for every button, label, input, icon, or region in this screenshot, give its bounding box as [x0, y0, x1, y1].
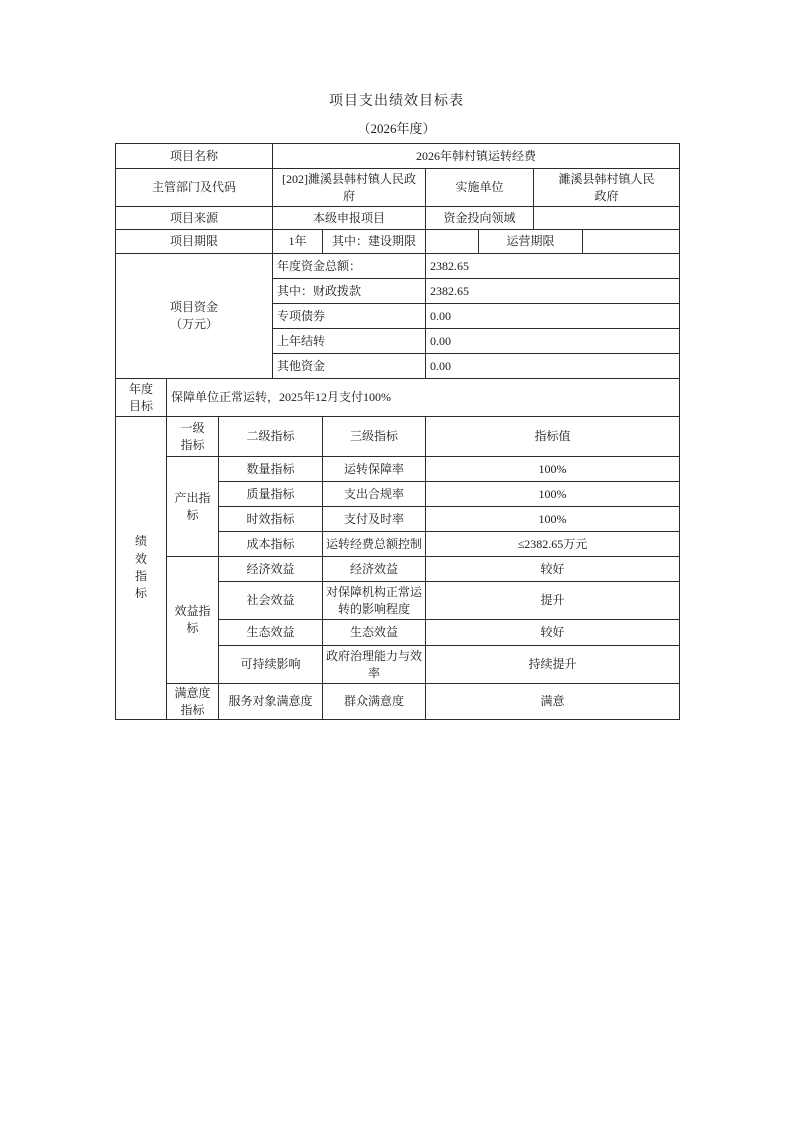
document-title: 项目支出绩效目标表: [0, 94, 793, 110]
cell-output-2-l2: 时效指标: [219, 507, 323, 532]
cell-benefit-1-l3: 对保障机构正常运转的影响程度: [323, 582, 426, 620]
cell-benefit-2-l2: 生态效益: [219, 620, 323, 646]
cell-header-value: 指标值: [426, 417, 680, 457]
cell-period-value: 1年: [273, 230, 323, 254]
cell-satisfaction-l3: 群众满意度: [323, 684, 426, 720]
cell-benefit-3-l3: 政府治理能力与效率: [323, 646, 426, 684]
cell-output-group-label: 产出指标: [167, 457, 219, 557]
cell-benefit-3-value: 持续提升: [426, 646, 680, 684]
cell-funds-fiscal-value: 2382.65: [426, 279, 680, 304]
cell-output-0-value: 100%: [426, 457, 680, 482]
cell-funds-total-value: 2382.65: [426, 254, 680, 279]
cell-funds-carryover-label: 上年结转: [273, 329, 426, 354]
cell-output-3-l2: 成本指标: [219, 532, 323, 557]
cell-build-period-value: [426, 230, 479, 254]
cell-benefit-2-value: 较好: [426, 620, 680, 646]
cell-output-0-l2: 数量指标: [219, 457, 323, 482]
cell-output-3-l3: 运转经费总额控制: [323, 532, 426, 557]
cell-satisfaction-group-label: 满意度指标: [167, 684, 219, 720]
cell-project-name-label: 项目名称: [116, 144, 273, 169]
cell-funds-bond-label: 专项债券: [273, 304, 426, 329]
cell-output-1-l3: 支出合规率: [323, 482, 426, 507]
cell-source-label: 项目来源: [116, 207, 273, 230]
cell-funds-fiscal-label: 其中：财政拨款: [273, 279, 426, 304]
cell-header-level2: 二级指标: [219, 417, 323, 457]
cell-benefit-3-l2: 可持续影响: [219, 646, 323, 684]
cell-funds-other-value: 0.00: [426, 354, 680, 379]
cell-output-1-l2: 质量指标: [219, 482, 323, 507]
cell-header-level3: 三级指标: [323, 417, 426, 457]
cell-annual-goal-label: 年度目标: [116, 379, 167, 417]
perf-label-text: 绩效指标: [135, 533, 148, 603]
cell-output-2-value: 100%: [426, 507, 680, 532]
cell-benefit-1-value: 提升: [426, 582, 680, 620]
cell-funds-carryover-value: 0.00: [426, 329, 680, 354]
dept-value-text: [202]濉溪县韩村镇人民政府: [280, 171, 419, 205]
cell-dept-label: 主管部门及代码: [116, 169, 273, 207]
cell-output-1-value: 100%: [426, 482, 680, 507]
benefit-group-text: 效益指标: [174, 603, 211, 637]
cell-benefit-0-value: 较好: [426, 557, 680, 582]
funds-label-text: 项目资金（万元）: [170, 299, 219, 333]
cell-funds-other-label: 其他资金: [273, 354, 426, 379]
cell-oper-period-label: 运营期限: [479, 230, 583, 254]
cell-perf-label: 绩效指标: [116, 417, 167, 720]
cell-project-name-value: 2026年韩村镇运转经费: [273, 144, 680, 169]
cell-funds-bond-value: 0.00: [426, 304, 680, 329]
cell-invest-value: [534, 207, 680, 230]
cell-header-level1: 一级指标: [167, 417, 219, 457]
cell-period-label: 项目期限: [116, 230, 273, 254]
cell-dept-value: [202]濉溪县韩村镇人民政府: [273, 169, 426, 207]
cell-benefit-2-l3: 生态效益: [323, 620, 426, 646]
cell-funds-total-label: 年度资金总额：: [273, 254, 426, 279]
output-group-text: 产出指标: [174, 490, 211, 524]
benefit-3-l3-text: 政府治理能力与效率: [326, 648, 423, 682]
cell-benefit-group-label: 效益指标: [167, 557, 219, 684]
cell-benefit-1-l2: 社会效益: [219, 582, 323, 620]
cell-invest-label: 资金投向领域: [426, 207, 534, 230]
impl-value-text: 濉溪县韩村镇人民政府: [558, 171, 655, 205]
cell-impl-label: 实施单位: [426, 169, 534, 207]
cell-annual-goal-value: 保障单位正常运转，2025年12月支付100%: [167, 379, 680, 417]
cell-impl-value: 濉溪县韩村镇人民政府: [534, 169, 680, 207]
cell-output-3-value: ≤2382.65万元: [426, 532, 680, 557]
cell-output-2-l3: 支付及时率: [323, 507, 426, 532]
cell-source-value: 本级申报项目: [273, 207, 426, 230]
performance-target-table: 项目名称 2026年韩村镇运转经费 主管部门及代码 [202]濉溪县韩村镇人民政…: [115, 143, 680, 720]
document-subtitle: （2026年度）: [0, 121, 793, 136]
benefit-1-l3-text: 对保障机构正常运转的影响程度: [326, 584, 423, 618]
document-page: 项目支出绩效目标表 （2026年度） 项目名称 2026年韩村镇运转经费 主管部…: [0, 0, 793, 1122]
header-level1-text: 一级指标: [180, 420, 205, 454]
cell-benefit-0-l2: 经济效益: [219, 557, 323, 582]
satisfaction-group-text: 满意度指标: [174, 685, 211, 719]
cell-satisfaction-value: 满意: [426, 684, 680, 720]
annual-goal-label-text: 年度目标: [129, 381, 154, 415]
cell-build-period-label: 其中：建设期限: [323, 230, 426, 254]
cell-output-0-l3: 运转保障率: [323, 457, 426, 482]
cell-benefit-0-l3: 经济效益: [323, 557, 426, 582]
cell-oper-period-value: [583, 230, 680, 254]
cell-satisfaction-l2: 服务对象满意度: [219, 684, 323, 720]
cell-funds-label: 项目资金（万元）: [116, 254, 273, 379]
